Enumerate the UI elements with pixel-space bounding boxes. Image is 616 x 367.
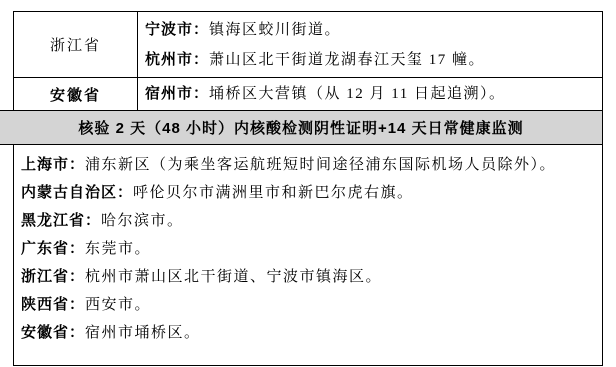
province-cell: 浙江省 [14, 12, 138, 77]
city-detail-line: 宿州市：埇桥区大营镇（从 12 月 11 日起追溯）。 [145, 84, 602, 104]
table-row: 安徽省 宿州市：埇桥区大营镇（从 12 月 11 日起追溯）。 [14, 78, 602, 110]
section-header-band: 核验 2 天（48 小时）内核酸检测阴性证明+14 天日常健康监测 [0, 110, 603, 145]
area-detail: 埇桥区大营镇（从 12 月 11 日起追溯）。 [209, 86, 505, 102]
list-item: 上海市：浦东新区（为乘坐客运航班短时间途径浦东国际机场人员除外）。 [21, 151, 598, 179]
details-cell: 宁波市：镇海区蛟川街道。 杭州市：萧山区北干街道龙湖春江天玺 17 幢。 [138, 12, 602, 77]
list-item: 浙江省：杭州市萧山区北干街道、宁波市镇海区。 [21, 263, 598, 291]
table-row: 浙江省 宁波市：镇海区蛟川街道。 杭州市：萧山区北干街道龙湖春江天玺 17 幢。 [14, 12, 602, 78]
list-item: 安徽省：宿州市埇桥区。 [21, 319, 598, 347]
details-cell: 宿州市：埇桥区大营镇（从 12 月 11 日起追溯）。 [138, 78, 602, 110]
region-label: 黑龙江省： [21, 212, 101, 229]
region-label: 内蒙古自治区： [21, 184, 133, 201]
area-detail: 镇海区蛟川街道。 [209, 22, 341, 38]
area-detail: 呼伦贝尔市满洲里市和新巴尔虎右旗。 [133, 185, 414, 201]
region-label: 安徽省： [21, 324, 85, 341]
city-detail-line: 宁波市：镇海区蛟川街道。 [145, 15, 602, 45]
city-label: 杭州市： [145, 51, 209, 68]
province-measures-table: 浙江省 宁波市：镇海区蛟川街道。 杭州市：萧山区北干街道龙湖春江天玺 17 幢。… [13, 11, 603, 111]
area-detail: 宿州市埇桥区。 [85, 325, 201, 341]
area-detail: 哈尔滨市。 [101, 213, 184, 229]
health-monitoring-list: 上海市：浦东新区（为乘坐客运航班短时间途径浦东国际机场人员除外）。 内蒙古自治区… [13, 145, 603, 366]
area-detail: 东莞市。 [85, 241, 151, 257]
province-cell: 安徽省 [14, 78, 138, 110]
area-detail: 浦东新区（为乘坐客运航班短时间途径浦东国际机场人员除外）。 [85, 157, 556, 173]
region-label: 上海市： [21, 156, 85, 173]
area-detail: 杭州市萧山区北干街道、宁波市镇海区。 [85, 269, 382, 285]
area-detail: 萧山区北干街道龙湖春江天玺 17 幢。 [209, 52, 485, 68]
list-item: 陕西省：西安市。 [21, 291, 598, 319]
city-detail-line: 杭州市：萧山区北干街道龙湖春江天玺 17 幢。 [145, 45, 602, 75]
region-label: 广东省： [21, 240, 85, 257]
document-page: 浙江省 宁波市：镇海区蛟川街道。 杭州市：萧山区北干街道龙湖春江天玺 17 幢。… [0, 0, 616, 367]
region-label: 浙江省： [21, 268, 85, 285]
city-label: 宁波市： [145, 21, 209, 38]
list-item: 黑龙江省：哈尔滨市。 [21, 207, 598, 235]
city-label: 宿州市： [145, 85, 209, 102]
list-item: 广东省：东莞市。 [21, 235, 598, 263]
region-label: 陕西省： [21, 296, 85, 313]
area-detail: 西安市。 [85, 297, 151, 313]
list-item: 内蒙古自治区：呼伦贝尔市满洲里市和新巴尔虎右旗。 [21, 179, 598, 207]
